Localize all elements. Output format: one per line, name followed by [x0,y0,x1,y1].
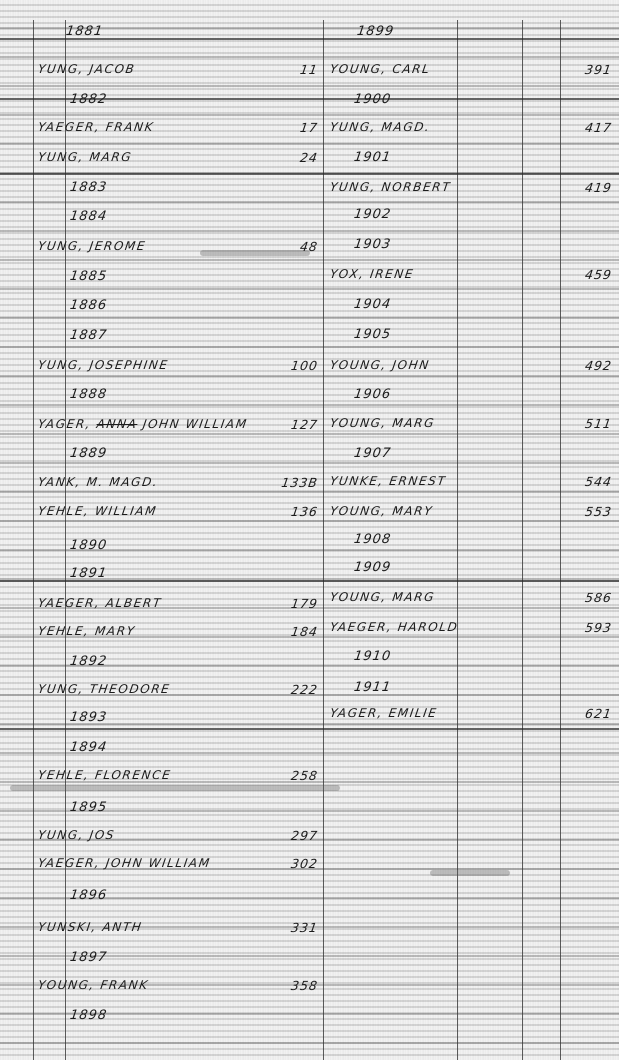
year-label: 1905 [353,327,392,342]
year-label: 1898 [69,1008,108,1023]
year-label: 1888 [69,387,108,402]
record-number: 586 [561,590,613,605]
entry-name: YAEGER, JOHN WILLIAM [37,856,212,870]
year-label: 1890 [69,538,108,553]
entry-name: YUNG, JACOB [37,62,136,76]
year-label: 1889 [69,446,108,461]
year-label: 1891 [69,566,108,581]
record-number: 621 [561,706,613,721]
year-label: 1887 [69,328,108,343]
year-label: 1894 [69,740,108,755]
surname-given: YAGER, [37,417,92,431]
record-number: 331 [267,920,319,935]
entry-name: YAGER, ANNA JOHN WILLIAM [37,417,249,431]
entry-name: YOUNG, MARY [329,504,434,518]
surname-given: YUNG, NORBERT [329,180,452,194]
entry-name: YUNG, MARG [37,150,133,164]
entry-name: YAEGER, ALBERT [37,596,163,610]
ruling-band [0,173,619,175]
year-label: 1884 [69,209,108,224]
record-number: 11 [267,62,319,77]
entry-name: YUNG, MAGD. [329,120,432,134]
year-label: 1900 [353,92,392,107]
record-number: 391 [561,62,613,77]
header-year: 1881 [65,24,104,39]
surname-given: YUNG, THEODORE [37,682,171,696]
year-label: 1883 [69,180,108,195]
record-number: 136 [267,504,319,519]
year-label: 1886 [69,298,108,313]
record-number: 492 [561,358,613,373]
entry-name: YOUNG, MARG [329,590,436,604]
year-label: 1901 [353,150,392,165]
record-number: 419 [561,180,613,195]
record-number: 358 [267,978,319,993]
record-number: 24 [267,150,319,165]
ruling-line [522,20,523,1060]
entry-name: YUNG, JOS [37,828,116,842]
surname-given: YUNG, JOSEPHINE [37,358,170,372]
year-label: 1906 [353,387,392,402]
record-number: 511 [561,416,613,431]
surname-given: YAEGER, JOHN WILLIAM [37,856,212,870]
struck-out-name: ANNA [96,417,139,431]
record-number: 302 [267,856,319,871]
surname-given: YUNKE, ERNEST [329,474,447,488]
record-number: 459 [561,267,613,282]
ruling-line [560,20,561,1060]
year-label: 1895 [69,800,108,815]
year-label: 1902 [353,207,392,222]
record-number: 133B [267,475,319,490]
year-label: 1897 [69,950,108,965]
entry-name: YUNG, JEROME [37,239,147,253]
entry-name: YAEGER, HAROLD [329,620,459,634]
entry-name: YUNKE, ERNEST [329,474,447,488]
entry-name: YEHLE, FLORENCE [37,768,172,782]
header-year: 1899 [356,24,395,39]
entry-name: YEHLE, MARY [37,624,137,638]
record-number: 48 [267,239,319,254]
surname-given: YUNG, JACOB [37,62,136,76]
ruling-line [323,20,324,1060]
surname-given: YOUNG, MARY [329,504,434,518]
surname-given: YOUNG, JOHN [329,358,431,372]
year-label: 1903 [353,237,392,252]
surname-given: YAEGER, FRANK [37,120,155,134]
entry-name: YEHLE, WILLIAM [37,504,158,518]
surname-given: YOUNG, FRANK [37,978,150,992]
surname-given: YOX, IRENE [329,267,415,281]
year-label: 1904 [353,297,392,312]
record-number: 297 [267,828,319,843]
year-label: 1885 [69,269,108,284]
surname-given: YAGER, EMILIE [329,706,439,720]
year-label: 1896 [69,888,108,903]
ruling-line [65,20,66,1060]
surname-given: YAEGER, ALBERT [37,596,163,610]
record-number: 544 [561,474,613,489]
given-names: JOHN WILLIAM [142,417,249,431]
entry-name: YANK, M. MAGD. [37,475,159,489]
year-label: 1910 [353,649,392,664]
surname-given: YEHLE, WILLIAM [37,504,158,518]
surname-given: YUNG, JOS [37,828,116,842]
entry-name: YUNG, JOSEPHINE [37,358,170,372]
surname-given: YUNSKI, ANTH [37,920,143,934]
year-label: 1907 [353,446,392,461]
record-number: 127 [267,417,319,432]
record-number: 100 [267,358,319,373]
surname-given: YOUNG, MARG [329,590,436,604]
record-number: 184 [267,624,319,639]
entry-name: YAEGER, FRANK [37,120,155,134]
surname-given: YAEGER, HAROLD [329,620,459,634]
year-label: 1893 [69,710,108,725]
year-label: 1882 [69,92,108,107]
record-number: 553 [561,504,613,519]
year-label: 1911 [353,680,392,695]
record-number: 258 [267,768,319,783]
smudge [430,870,510,876]
record-number: 593 [561,620,613,635]
ruling-line [33,20,34,1060]
surname-given: YANK, M. MAGD. [37,475,159,489]
year-label: 1892 [69,654,108,669]
entry-name: YOUNG, MARG [329,416,436,430]
ruling-line [457,20,458,1060]
record-number: 179 [267,596,319,611]
surname-given: YOUNG, MARG [329,416,436,430]
record-number: 222 [267,682,319,697]
surname-given: YUNG, MARG [37,150,133,164]
entry-name: YOUNG, FRANK [37,978,150,992]
surname-given: YEHLE, MARY [37,624,137,638]
entry-name: YUNSKI, ANTH [37,920,143,934]
surname-given: YUNG, JEROME [37,239,147,253]
entry-name: YOUNG, JOHN [329,358,431,372]
year-label: 1909 [353,560,392,575]
surname-given: YEHLE, FLORENCE [37,768,172,782]
entry-name: YAGER, EMILIE [329,706,439,720]
entry-name: YOUNG, CARL [329,62,431,76]
year-label: 1908 [353,532,392,547]
record-number: 17 [267,120,319,135]
surname-given: YOUNG, CARL [329,62,431,76]
entry-name: YOX, IRENE [329,267,415,281]
surname-given: YUNG, MAGD. [329,120,432,134]
smudge [10,785,340,791]
entry-name: YUNG, NORBERT [329,180,452,194]
record-number: 417 [561,120,613,135]
ruling-band [0,728,619,730]
entry-name: YUNG, THEODORE [37,682,171,696]
